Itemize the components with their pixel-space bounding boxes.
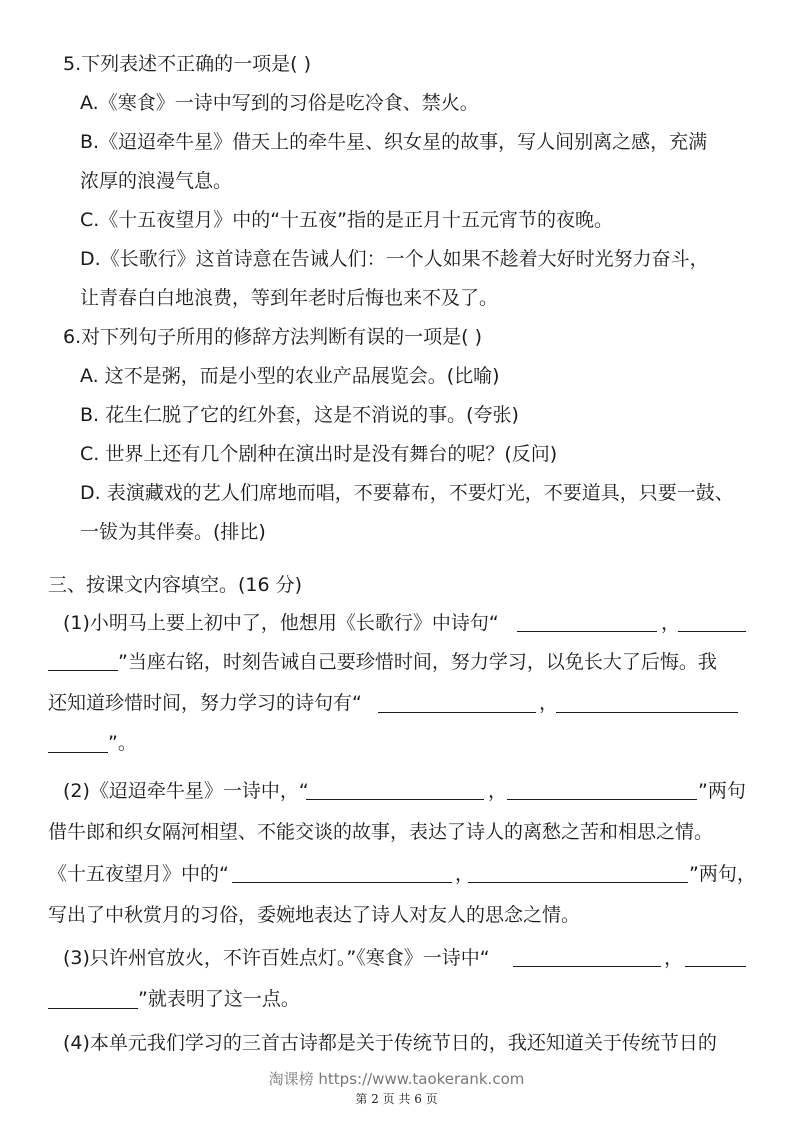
fill-2-suffix-2: ”两句， xyxy=(689,861,756,887)
q5-option-c: C.《十五夜望月》中的“十五夜”指的是正月十五元宵节的夜晚。 xyxy=(80,207,613,233)
fill-1-blank-b[interactable] xyxy=(678,613,746,632)
fill-2-blank-a[interactable] xyxy=(306,781,484,800)
fill-4-line1: (4)本单元我们学习的三首古诗都是关于传统节日的，我还知道关于传统节日的 xyxy=(63,1030,717,1056)
fill-2-blank-d[interactable] xyxy=(468,864,688,883)
q5-option-b-line2: 浓厚的浪漫气息。 xyxy=(80,168,232,194)
q6-option-b: B. 花生仁脱了它的红外套，这是不消说的事。(夸张) xyxy=(80,402,519,428)
fill-2-line3: 《十五夜望月》中的“ xyxy=(48,861,229,887)
fill-1-blank-b-cont[interactable] xyxy=(48,652,118,671)
q6-stem: 6.对下列句子所用的修辞方法判断有误的一项是( ) xyxy=(63,324,482,350)
fill-1-blank-a[interactable] xyxy=(517,613,657,632)
fill-3-comma: ， xyxy=(664,945,683,971)
fill-2-suffix: ”两句 xyxy=(698,778,746,804)
fill-1-blank-d[interactable] xyxy=(556,694,738,713)
fill-2-line4: 写出了中秋赏月的习俗，委婉地表达了诗人对友人的思念之情。 xyxy=(48,902,580,928)
fill-1-blank-d-cont[interactable] xyxy=(48,734,108,753)
fill-3-blank-b-cont[interactable] xyxy=(48,990,138,1009)
fill-2-line2: 借牛郎和织女隔河相望、不能交谈的故事，表达了诗人的离愁之苦和相思之情。 xyxy=(48,819,713,845)
q5-stem: 5.下列表述不正确的一项是( ) xyxy=(63,51,311,77)
q6-option-d-line1: D. 表演藏戏的艺人们席地而唱，不要幕布，不要灯光，不要道具，只要一鼓、 xyxy=(80,480,734,506)
fill-3-line1: (3)只许州官放火，不许百姓点灯。”《寒食》一诗中“ xyxy=(63,945,490,971)
fill-2-blank-b[interactable] xyxy=(507,781,697,800)
watermark-text: 淘课榜 https://www.taokerank.com xyxy=(0,1068,793,1089)
fill-2-line1: (2)《迢迢牵牛星》一诗中，“ xyxy=(63,778,309,804)
fill-1-line4: ”。 xyxy=(108,730,137,756)
fill-2-comma: ， xyxy=(488,778,507,804)
fill-1-line1: (1)小明马上要上初中了，他想用《长歌行》中诗句“ xyxy=(63,610,499,636)
q5-option-b-line1: B.《迢迢牵牛星》借天上的牵牛星、织女星的故事，写人间别离之感，充满 xyxy=(80,129,707,155)
fill-2-blank-c[interactable] xyxy=(232,864,452,883)
q5-option-a: A.《寒食》一诗中写到的习俗是吃冷食、禁火。 xyxy=(80,90,479,116)
q6-option-a: A. 这不是粥，而是小型的农业产品展览会。(比喻) xyxy=(80,363,500,389)
q6-option-c: C. 世界上还有几个剧种在演出时是没有舞台的呢？(反问) xyxy=(80,441,557,467)
q6-option-d-line2: 一钹为其伴奏。(排比) xyxy=(80,519,266,545)
page-number: 第 2 页 共 6 页 xyxy=(0,1090,793,1107)
q5-option-d-line2: 让青春白白地浪费，等到年老时后悔也来不及了。 xyxy=(80,285,498,311)
fill-3-line2: ”就表明了这一点。 xyxy=(138,986,300,1012)
fill-3-blank-a[interactable] xyxy=(513,948,661,967)
fill-3-blank-b[interactable] xyxy=(685,948,746,967)
fill-1-text: (1)小明马上要上初中了，他想用《长歌行》中诗句“ xyxy=(63,612,499,634)
section3-title: 三、按课文内容填空。(16 分) xyxy=(48,572,302,598)
q5-option-d-line1: D.《长歌行》这首诗意在告诫人们：一个人如果不趁着大好时光努力奋斗， xyxy=(80,246,709,272)
fill-1-line3: 还知道珍惜时间，努力学习的诗句有“ xyxy=(48,690,362,716)
fill-1-blank-c[interactable] xyxy=(378,694,536,713)
fill-1-line2: ”当座右铭，时刻告诫自己要珍惜时间，努力学习，以免长大了后悔。我 xyxy=(118,649,717,675)
